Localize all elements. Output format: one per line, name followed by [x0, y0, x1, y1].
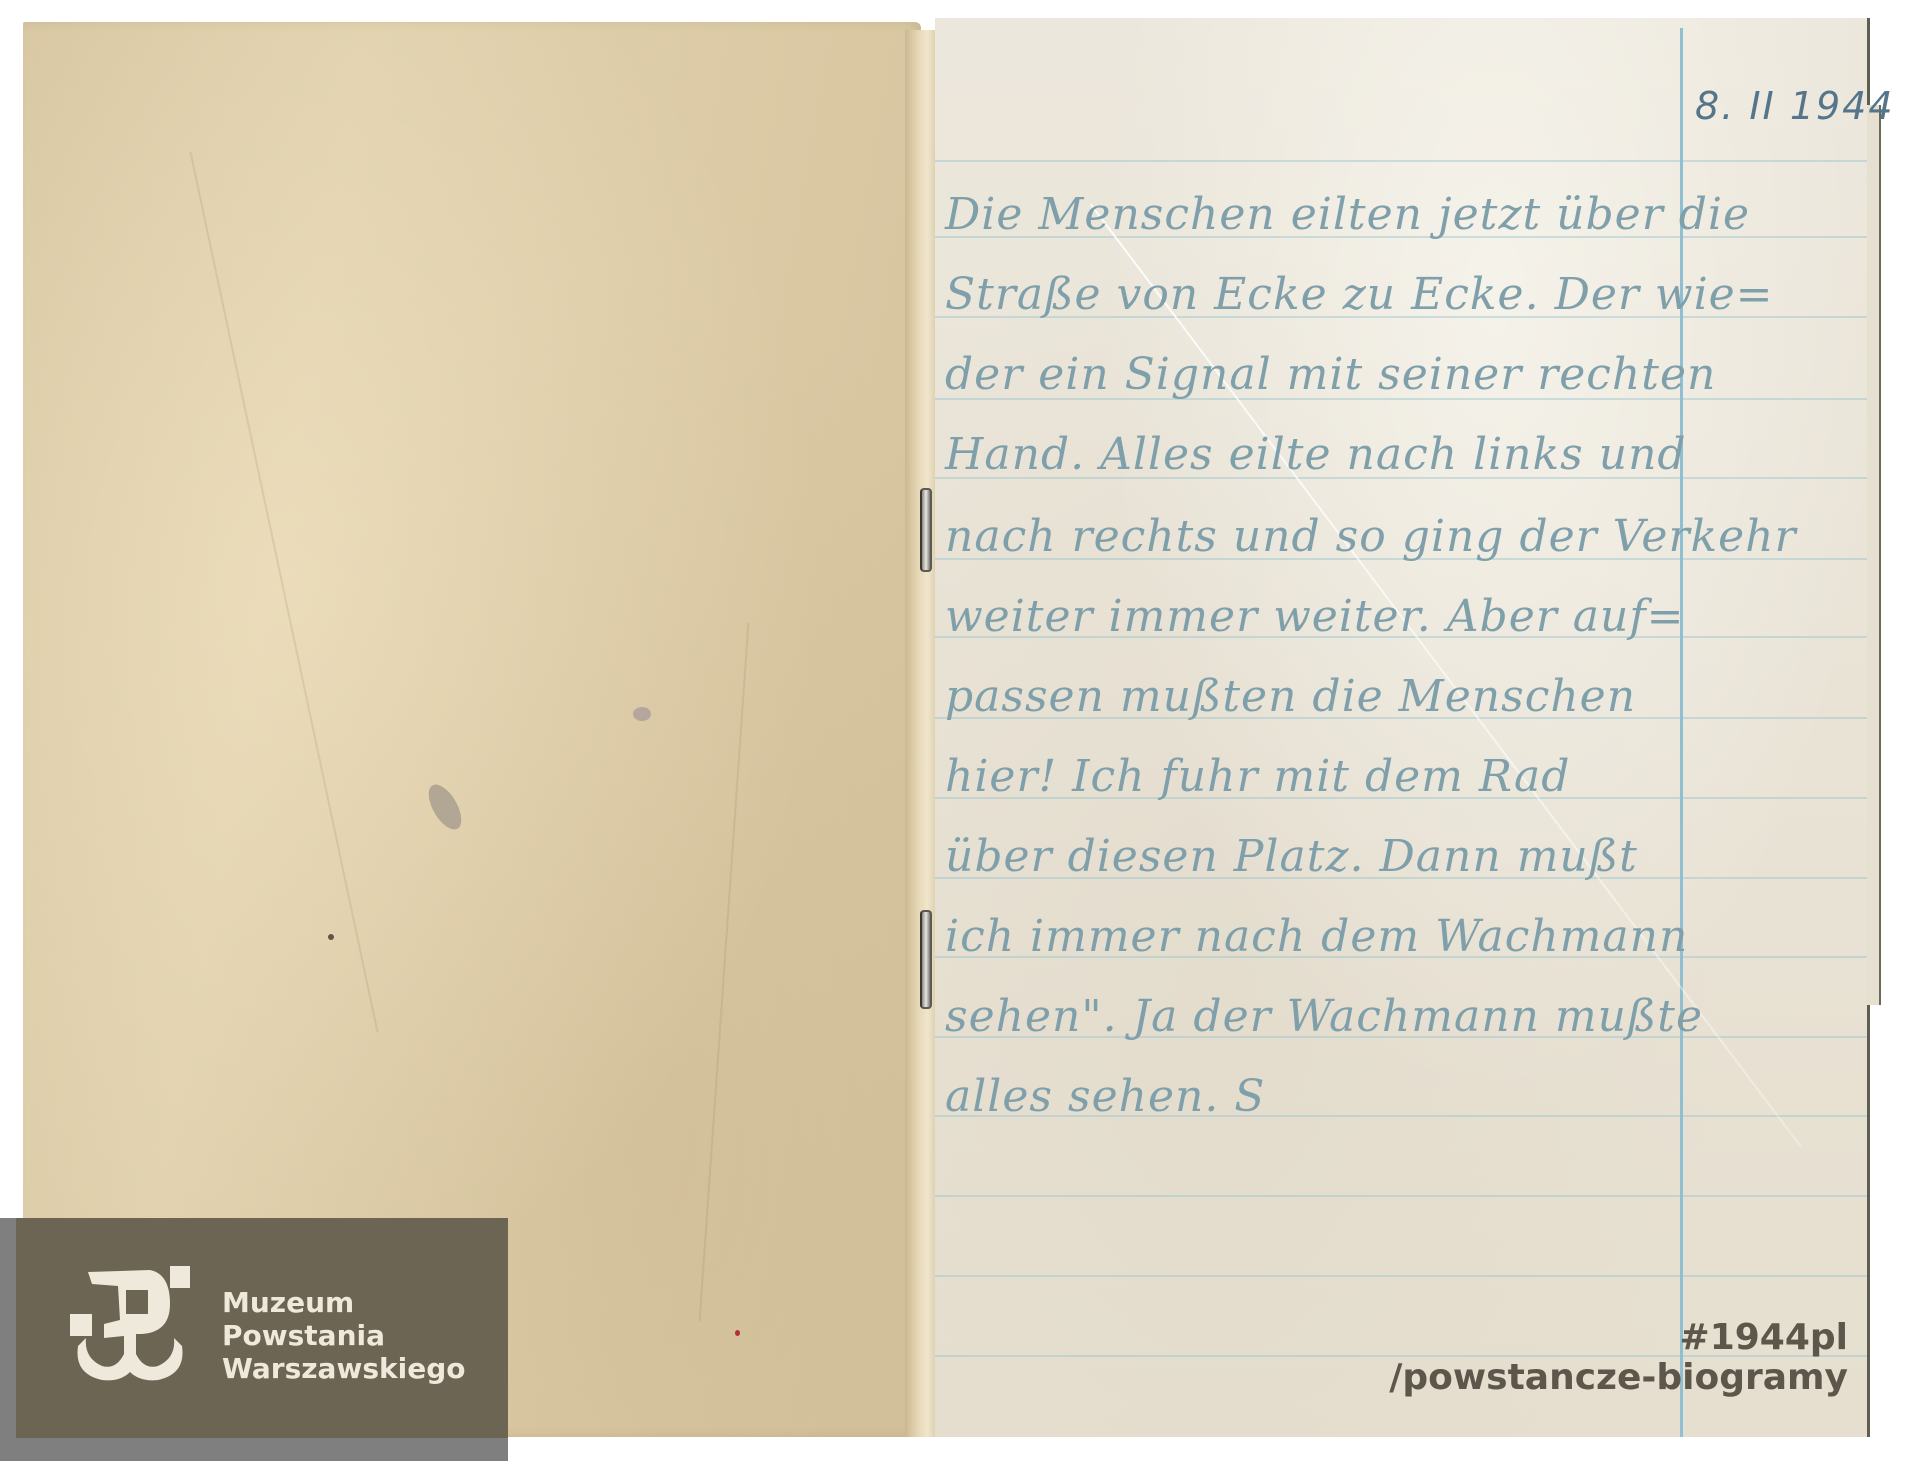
staple-top [920, 488, 932, 572]
ruled-line [935, 1195, 1867, 1197]
handwritten-line: über diesen Platz. Dann mußt [945, 832, 1638, 882]
museum-name: Muzeum Powstania Warszawskiego [222, 1286, 465, 1385]
ink-stain [328, 934, 334, 940]
handwritten-line: sehen". Ja der Wachmann mußte [945, 992, 1703, 1042]
handwritten-line: der ein Signal mit seiner rechten [945, 350, 1716, 400]
museum-name-line: Powstania [222, 1319, 465, 1352]
handwritten-line: Straße von Ecke zu Ecke. Der wie= [945, 270, 1774, 320]
page-crease [189, 152, 378, 1033]
ink-stain [633, 707, 651, 721]
collection-path: /powstancze-biogramy [1389, 1358, 1848, 1398]
watermark-caption: #1944pl /powstancze-biogramy [1389, 1318, 1848, 1398]
handwritten-date: 8. II 1944 [1695, 84, 1895, 128]
museum-name-line: Warszawskiego [222, 1352, 465, 1385]
handwritten-line: nach rechts und so ging der Verkehr [945, 512, 1797, 562]
kotwica-anchor-icon [70, 1262, 190, 1382]
museum-name-line: Muzeum [222, 1286, 465, 1319]
notebook-spine [905, 30, 937, 1437]
page-edge [1867, 105, 1881, 1005]
handwritten-line: ich immer nach dem Wachmann [945, 912, 1688, 962]
ink-stain [422, 779, 468, 834]
page-crease [699, 623, 750, 1321]
ruled-line [935, 160, 1867, 162]
handwritten-line: hier! Ich fuhr mit dem Rad [945, 752, 1570, 802]
red-dot [735, 1330, 740, 1336]
staple-bottom [920, 910, 932, 1009]
handwritten-line: weiter immer weiter. Aber auf= [945, 592, 1684, 642]
handwritten-line: Hand. Alles eilte nach links und [945, 430, 1687, 480]
handwritten-line: alles sehen. S [945, 1072, 1265, 1122]
handwritten-line: Die Menschen eilten jetzt über die [945, 190, 1750, 240]
ruled-line [935, 1275, 1867, 1277]
hashtag-text: #1944pl [1389, 1318, 1848, 1358]
handwritten-line: passen mußten die Menschen [945, 672, 1636, 722]
